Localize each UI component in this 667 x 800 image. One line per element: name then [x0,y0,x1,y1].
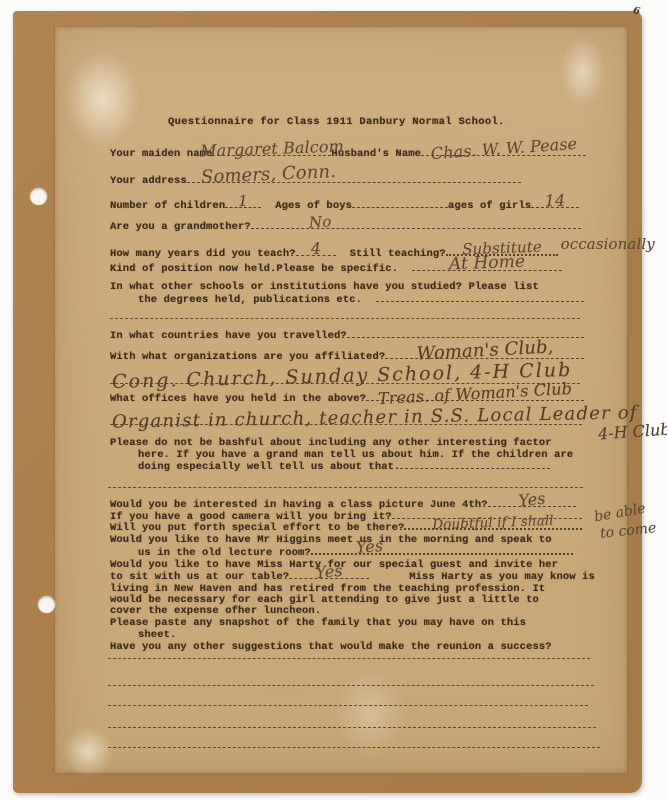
lecture-room-underline: Yes [311,550,573,555]
handwritten-higgins-yes: Yes [355,536,383,557]
offices-underline: Treas. of Woman's Club [366,397,584,401]
field-snapshot-line2: sheet. [138,629,176,641]
years-taught-underline: 4 [296,252,336,256]
blank-line [108,685,594,686]
handwritten-children-count: 1 [238,192,248,210]
class-picture-underline: Yes [488,503,576,507]
grandmother-underline: No [251,225,581,229]
handwritten-harty-yes: Yes [315,561,344,582]
note-bashful-line1: Please do not be bashful about including… [110,437,552,449]
table-label: to sit with us at our table? [110,571,289,583]
paper-stain [65,52,140,147]
paper-stain [560,37,605,107]
blank-line [110,318,580,319]
handwritten-occasionally: occasionally [561,235,655,253]
handwritten-girls-age: 14 [545,191,566,211]
children-underline: 1 [225,204,261,208]
table-underline: Yes [289,575,369,579]
handwritten-years-taught: 4 [310,239,321,258]
husband-name-label: Husband's Name [331,148,421,160]
paper-stain [335,667,405,757]
field-grandmother: Are you a grandmother?No [110,221,581,233]
organizations-underline: Woman's Club, [385,355,584,359]
hole-punch-bottom [38,596,55,613]
husband-name-underline: Chas. W. W. Pease [421,152,586,156]
field-harty-line5: cover the expense ofher luncheon. [110,605,321,617]
grandmother-label: Are you a grandmother? [110,221,251,233]
position-label: Kind of position now held.Please be spec… [110,263,398,275]
maiden-name-underline: Margaret Balcom [212,152,331,156]
note-bashful-line2: here. If you have a grand man tell us ab… [138,449,573,461]
ages-boys-label: Ages of boys [275,200,352,212]
field-position-held: Kind of position now held.Please be spec… [110,263,562,275]
field-higgins-line1: Would you like to have Mr Higgins meet u… [110,534,552,546]
field-class-picture: Would you be interested in having a clas… [110,499,576,511]
field-address: Your addressSomers, Conn. [110,175,521,187]
field-maiden-and-husband-name: Your maiden nameMargaret BalcomHusband's… [110,148,586,160]
maiden-name-label: Your maiden name [110,148,212,160]
hole-punch-top [30,188,47,205]
special-effort-underline: Doubtful if I shall [404,525,582,530]
organizations-continuation-line: Cong. Church, Sunday School, 4-H Club [110,363,580,384]
schools-underline [376,298,584,302]
ages-girls-label: ages of girls [448,200,531,212]
handwritten-position: At Home [449,252,526,275]
children-label: Number of children [110,200,225,212]
ages-boys-underline [352,204,448,208]
form-title: Questionnaire for Class 1911 Danbury Nor… [168,116,505,128]
field-suggestions: Have you any other suggestions that woul… [110,641,552,653]
field-children-ages: Number of children1Ages of boysages of g… [110,200,579,212]
blank-line [108,705,588,706]
special-effort-label: Will you put forth special effort to be … [110,522,404,534]
field-other-schools-line2: the degrees held, publications etc. [138,294,584,306]
field-higgins-line2: us in the old lecture room?Yes [138,547,573,559]
handwritten-maiden-name: Margaret Balcom [200,136,344,160]
note-bashful-line3: doing especially well tell us about that… [138,461,550,473]
blank-line [108,487,583,488]
handwritten-grandmother: No [308,212,331,231]
organizations-label: With what organizations are you affiliat… [110,351,385,363]
field-snapshot-line1: Please paste any snapshot of the family … [110,617,526,629]
handwritten-picture-yes: Yes [517,489,546,511]
countries-label: In what countries have you travelled? [110,330,347,342]
handwritten-address: Somers, Conn. [200,161,336,188]
address-underline: Somers, Conn. [187,179,521,183]
handwritten-offices-3: 4-H Club [597,419,667,443]
address-label: Your address [110,175,187,187]
blank-line [108,658,590,659]
scanned-document: 6 Questionnaire for Class 1911 Danbury N… [0,0,667,800]
position-underline: At Home [412,267,562,271]
offices-continuation-line: Organist in church, teacher in S.S. Loca… [110,404,582,425]
field-other-schools-line1: In what other schools or institutions ha… [110,281,539,293]
field-harty-line2: to sit with us at our table?YesMiss Hart… [110,571,595,583]
blank-line [108,727,596,728]
handwritten-effort: Doubtful if I shall [432,513,554,533]
field-years-taught: How many years did you teach?4Still teac… [110,242,655,260]
years-taught-label: How many years did you teach? [110,248,296,260]
still-teaching-label: Still teaching? [350,248,446,260]
ages-girls-underline: 14 [531,204,579,208]
bashful-underline [400,465,550,469]
field-special-effort: Will you put forth special effort to be … [110,522,582,534]
blank-line [108,747,600,748]
lecture-room-label: us in the old lecture room? [138,547,311,559]
paper-stain [63,727,113,777]
class-picture-label: Would you be interested in having a clas… [110,499,488,511]
